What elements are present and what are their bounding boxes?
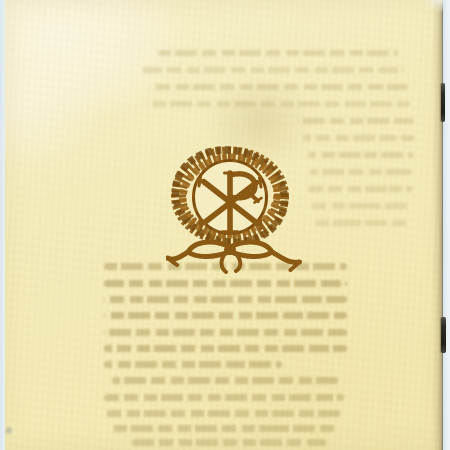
ribbon-bow bbox=[168, 242, 300, 272]
chi-rho-wreath-emblem bbox=[166, 144, 305, 276]
chi-rho-wreath-emblem-graphic bbox=[166, 144, 305, 276]
staple-mark bbox=[441, 83, 445, 122]
corner-highlight bbox=[417, 0, 443, 16]
scanned-page bbox=[0, 0, 450, 450]
staple-mark bbox=[441, 317, 446, 353]
spine-edge-shadow bbox=[432, 0, 443, 450]
scanner-bed-right-strip bbox=[443, 0, 450, 450]
smudge-mark bbox=[3, 425, 15, 438]
